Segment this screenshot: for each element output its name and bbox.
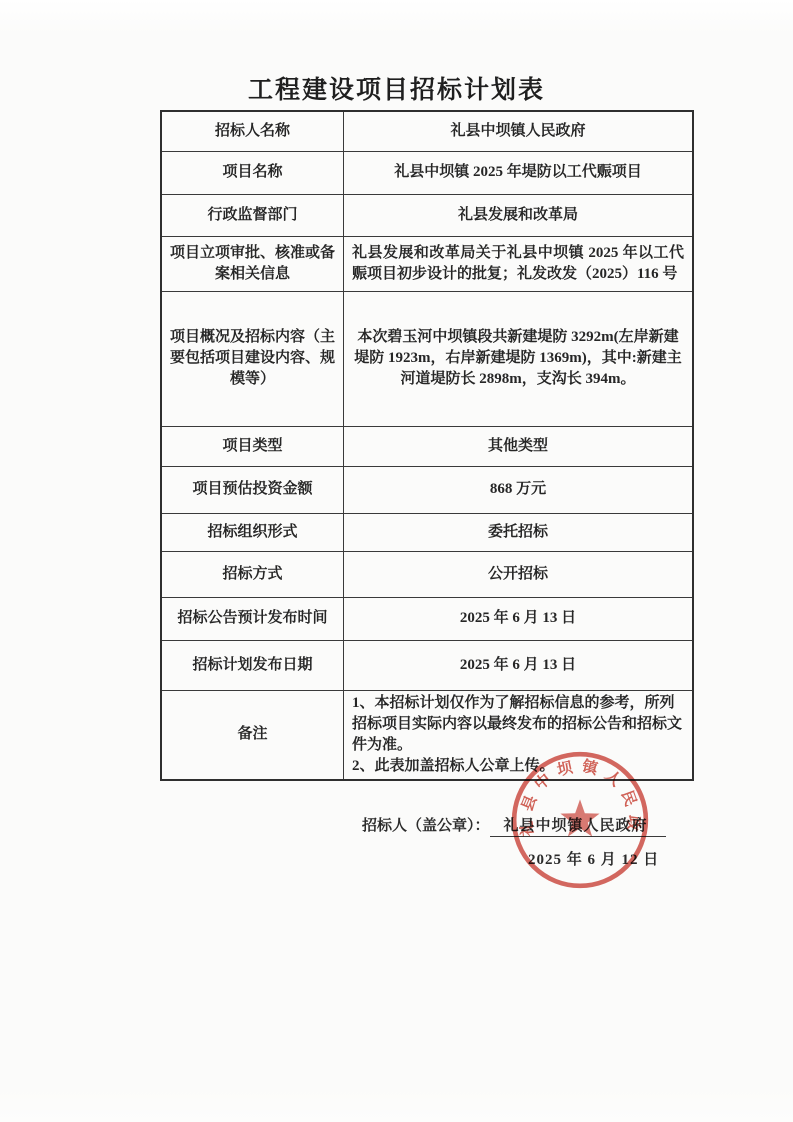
table-row: 招标公告预计发布时间 2025 年 6 月 13 日 [161,597,693,640]
row-value: 1、本招标计划仅作为了解招标信息的参考，所列招标项目实际内容以最终发布的招标公告… [344,690,694,780]
row-label: 项目立项审批、核准或备案相关信息 [161,236,344,291]
document-page: 工程建设项目招标计划表 招标人名称 礼县中坝镇人民政府 项目名称 礼县中坝镇 2… [0,0,793,1122]
row-value: 其他类型 [344,426,694,466]
row-value: 礼县发展和改革局 [344,194,694,236]
table-row: 招标计划发布日期 2025 年 6 月 13 日 [161,640,693,690]
table-row: 项目类型 其他类型 [161,426,693,466]
row-label: 招标公告预计发布时间 [161,597,344,640]
table-row: 招标组织形式 委托招标 [161,513,693,551]
row-value: 礼县中坝镇人民政府 [344,111,694,151]
table-row: 项目预估投资金额 868 万元 [161,466,693,513]
signatory-name: 礼县中坝镇人民政府 [490,814,666,837]
row-label: 项目名称 [161,151,344,194]
table-row: 行政监督部门 礼县发展和改革局 [161,194,693,236]
row-value: 本次碧玉河中坝镇段共新建堤防 3292m(左岸新建堤防 1923m，右岸新建堤防… [344,291,694,426]
signature-date: 2025 年 6 月 12 日 [528,848,659,869]
table-row: 项目概况及招标内容（主要包括项目建设内容、规模等） 本次碧玉河中坝镇段共新建堤防… [161,291,693,426]
row-value: 2025 年 6 月 13 日 [344,597,694,640]
row-value: 868 万元 [344,466,694,513]
signature-label: 招标人（盖公章）： [362,818,490,834]
bidding-plan-table: 招标人名称 礼县中坝镇人民政府 项目名称 礼县中坝镇 2025 年堤防以工代赈项… [160,110,694,781]
row-label: 招标人名称 [161,111,344,151]
signature-line: 招标人（盖公章）：礼县中坝镇人民政府 [362,814,666,837]
row-label: 招标方式 [161,551,344,597]
row-value: 委托招标 [344,513,694,551]
row-label: 招标计划发布日期 [161,640,344,690]
row-label: 招标组织形式 [161,513,344,551]
row-value: 礼县中坝镇 2025 年堤防以工代赈项目 [344,151,694,194]
table-row: 备注 1、本招标计划仅作为了解招标信息的参考，所列招标项目实际内容以最终发布的招… [161,690,693,780]
page-title: 工程建设项目招标计划表 [0,70,793,106]
table-row: 招标人名称 礼县中坝镇人民政府 [161,111,693,151]
row-label: 备注 [161,690,344,780]
row-label: 项目概况及招标内容（主要包括项目建设内容、规模等） [161,291,344,426]
table-row: 招标方式 公开招标 [161,551,693,597]
row-label: 行政监督部门 [161,194,344,236]
row-value: 公开招标 [344,551,694,597]
table-row: 项目立项审批、核准或备案相关信息 礼县发展和改革局关于礼县中坝镇 2025 年以… [161,236,693,291]
row-label: 项目预估投资金额 [161,466,344,513]
table-row: 项目名称 礼县中坝镇 2025 年堤防以工代赈项目 [161,151,693,194]
row-value: 礼县发展和改革局关于礼县中坝镇 2025 年以工代赈项目初步设计的批复；礼发改发… [344,236,694,291]
row-label: 项目类型 [161,426,344,466]
row-value: 2025 年 6 月 13 日 [344,640,694,690]
